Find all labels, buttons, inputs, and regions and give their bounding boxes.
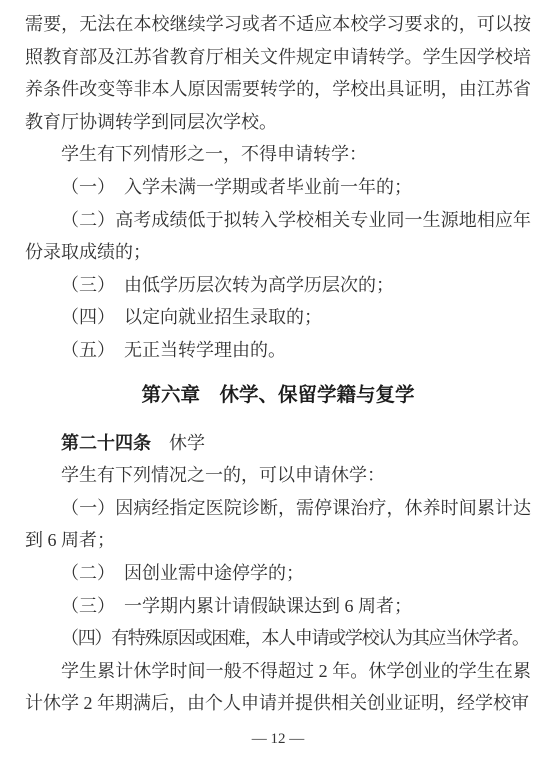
suspension-rule-item-3: （三） 一学期内累计请假缺课达到 6 周者；: [25, 590, 531, 623]
transfer-rule-intro: 学生有下列情形之一，不得申请转学：: [25, 138, 531, 171]
transfer-rule-item-4: （四） 以定向就业招生录取的；: [25, 301, 531, 334]
article-number: 第二十四条: [61, 433, 151, 453]
document-page: 需要，无法在本校继续学习或者不适应本校学习要求的，可以按照教育部及江苏省教育厅相…: [0, 0, 556, 762]
suspension-rule-item-4: （四）有特殊原因或困难，本人申请或学校认为其应当休学者。: [25, 622, 531, 655]
transfer-rule-item-5: （五） 无正当转学理由的。: [25, 334, 531, 367]
continuation-paragraph: 需要，无法在本校继续学习或者不适应本校学习要求的，可以按照教育部及江苏省教育厅相…: [25, 8, 531, 138]
suspension-rule-item-1: （一）因病经指定医院诊断，需停课治疗，休养时间累计达到 6 周者；: [25, 492, 531, 557]
page-number: — 12 —: [0, 730, 556, 748]
transfer-rule-item-1: （一） 入学未满一学期或者毕业前一年的；: [25, 171, 531, 204]
suspension-rule-item-2: （二） 因创业需中途停学的；: [25, 557, 531, 590]
transfer-rule-item-3: （三） 由低学历层次转为高学历层次的；: [25, 269, 531, 302]
article-heading: 第二十四条休学: [25, 427, 531, 460]
closing-paragraph: 学生累计休学时间一般不得超过 2 年。休学创业的学生在累计休学 2 年期满后，由…: [25, 655, 531, 720]
suspension-rule-intro: 学生有下列情况之一的，可以申请休学：: [25, 459, 531, 492]
chapter-heading: 第六章 休学、保留学籍与复学: [25, 379, 531, 412]
transfer-rule-item-2: （二）高考成绩低于拟转入学校相关专业同一生源地相应年份录取成绩的；: [25, 204, 531, 269]
article-title: 休学: [169, 433, 205, 453]
